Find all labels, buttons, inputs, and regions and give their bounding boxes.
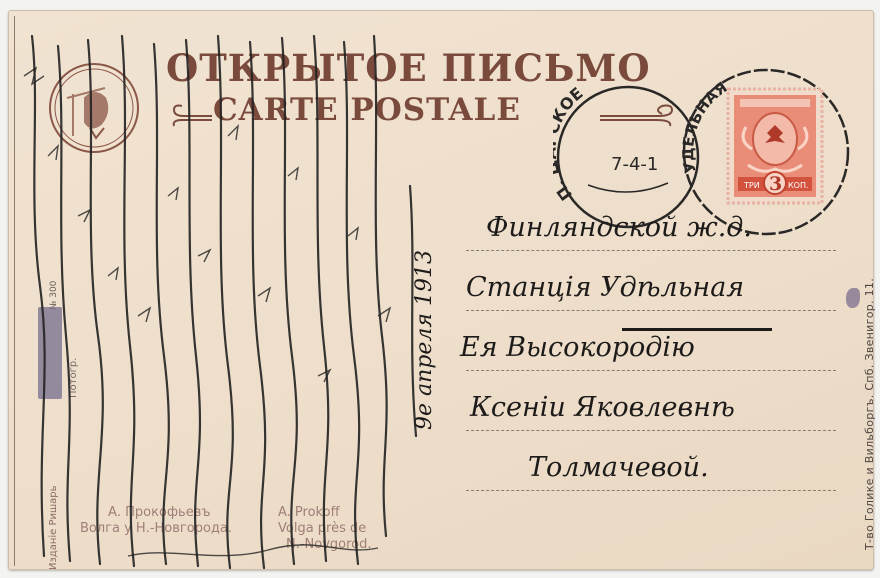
- stamp-label-left: ТРИ: [743, 181, 760, 190]
- address-rule-3: [466, 370, 836, 371]
- svg-text:УДЕЛЬНАЯ: УДЕЛЬНАЯ: [679, 78, 731, 175]
- address-line-2: Станція Удѣльная: [466, 272, 744, 303]
- svg-text:П. ЦАРСКОЕ: П. ЦАРСКОЕ: [553, 83, 587, 204]
- postcard: ОТКРЫТОЕ ПИСЬМО CARTE POSTALE № 300 Пото…: [8, 10, 874, 570]
- address-line-5: Толмачевой.: [528, 452, 709, 483]
- address-line-1: Финляндской ж.д.: [486, 212, 752, 243]
- address-underline: [622, 328, 772, 331]
- postmark-tsarskoe-date: 7-4-1: [611, 154, 658, 175]
- stamp-value: 3: [769, 173, 782, 195]
- address-rule-1: [466, 250, 836, 251]
- violet-ink-blot: [846, 288, 860, 308]
- stamp-label-right: КОП.: [788, 181, 809, 190]
- address-line-4: Ксеніи Яковлевнѣ: [470, 392, 735, 423]
- message-date: 9е апреля 1913: [412, 250, 437, 430]
- address-line-3: Ея Высокородію: [460, 332, 695, 363]
- publisher-imprint: Т-во Голике и Вильборгъ. Спб. Звенигор. …: [863, 278, 876, 550]
- postage-stamp: ТРИ КОП. 3: [726, 87, 824, 205]
- handwritten-message: [18, 16, 418, 576]
- address-rule-2: [466, 310, 836, 311]
- address-rule-4: [466, 430, 836, 431]
- postmark-tsarskoe-text: П. ЦАРСКОЕ: [553, 83, 587, 204]
- address-rule-5: [466, 490, 836, 491]
